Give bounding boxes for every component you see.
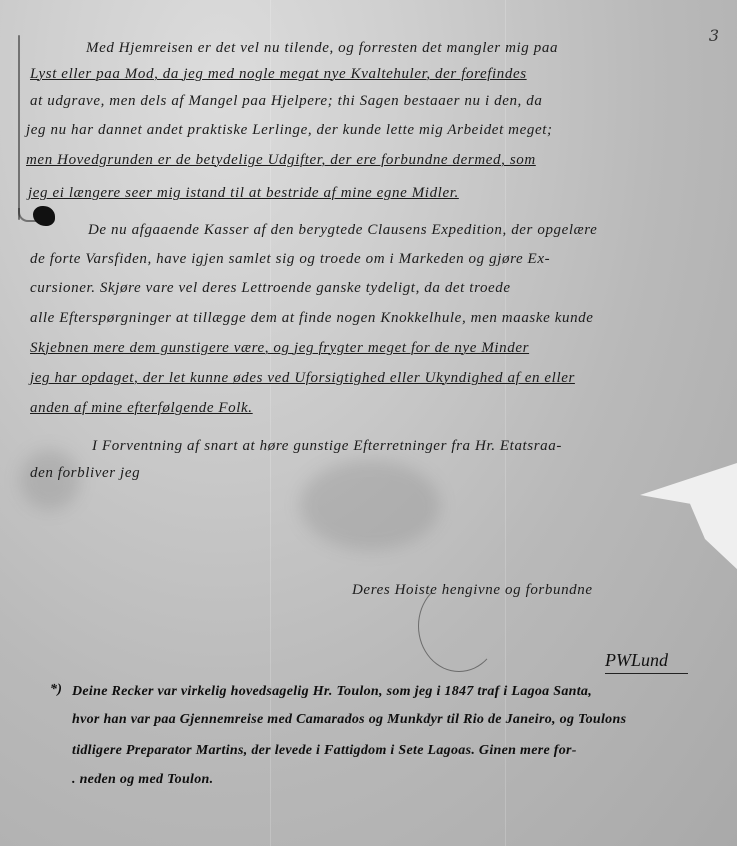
body-line: I Forventning af snart at høre gunstige … [92, 438, 562, 455]
body-line: at udgrave, men dels af Mangel paa Hjelp… [30, 93, 542, 110]
body-line: alle Efterspørgninger at tillægge dem at… [30, 310, 594, 327]
paper-stain [300, 460, 440, 550]
body-line: jeg ei længere seer mig istand til at be… [28, 185, 459, 202]
body-line: cursioner. Skjøre vare vel deres Lettroe… [30, 280, 511, 297]
body-line: de forte Varsfiden, have igjen samlet si… [30, 251, 550, 268]
torn-corner [640, 462, 737, 572]
body-line: jeg nu har dannet andet praktiske Lerlin… [26, 122, 553, 139]
body-line: Med Hjemreisen er det vel nu tilende, og… [86, 40, 558, 57]
ink-blot [33, 206, 55, 226]
page-number: 3 [709, 26, 719, 45]
signature: PWLund [605, 650, 688, 674]
closing-line: Deres Hoiste hengivne og forbundne [352, 582, 593, 599]
footnote-line: Deine Recker var virkelig hovedsagelig H… [72, 684, 592, 700]
footnote-line: hvor han var paa Gjennemreise med Camara… [72, 712, 626, 728]
body-line: men Hovedgrunden er de betydelige Udgift… [26, 152, 536, 169]
body-line: den forbliver jeg [30, 465, 140, 482]
body-line: jeg har opdaget, der let kunne ødes ved … [30, 370, 575, 387]
body-line: Skjebnen mere dem gunstigere være, og je… [30, 340, 529, 357]
document-page: 3 Med Hjemreisen er det vel nu tilende, … [0, 0, 737, 846]
body-line: Lyst eller paa Mod, da jeg med nogle meg… [30, 66, 527, 83]
body-line: De nu afgaaende Kasser af den berygtede … [88, 222, 597, 239]
margin-bracket [18, 35, 20, 220]
body-line: anden af mine efterfølgende Folk. [30, 400, 253, 417]
footnote-marker: *) [50, 682, 62, 698]
footnote-line: . neden og med Toulon. [72, 772, 213, 788]
footnote-line: tidligere Preparator Martins, der levede… [72, 743, 577, 759]
